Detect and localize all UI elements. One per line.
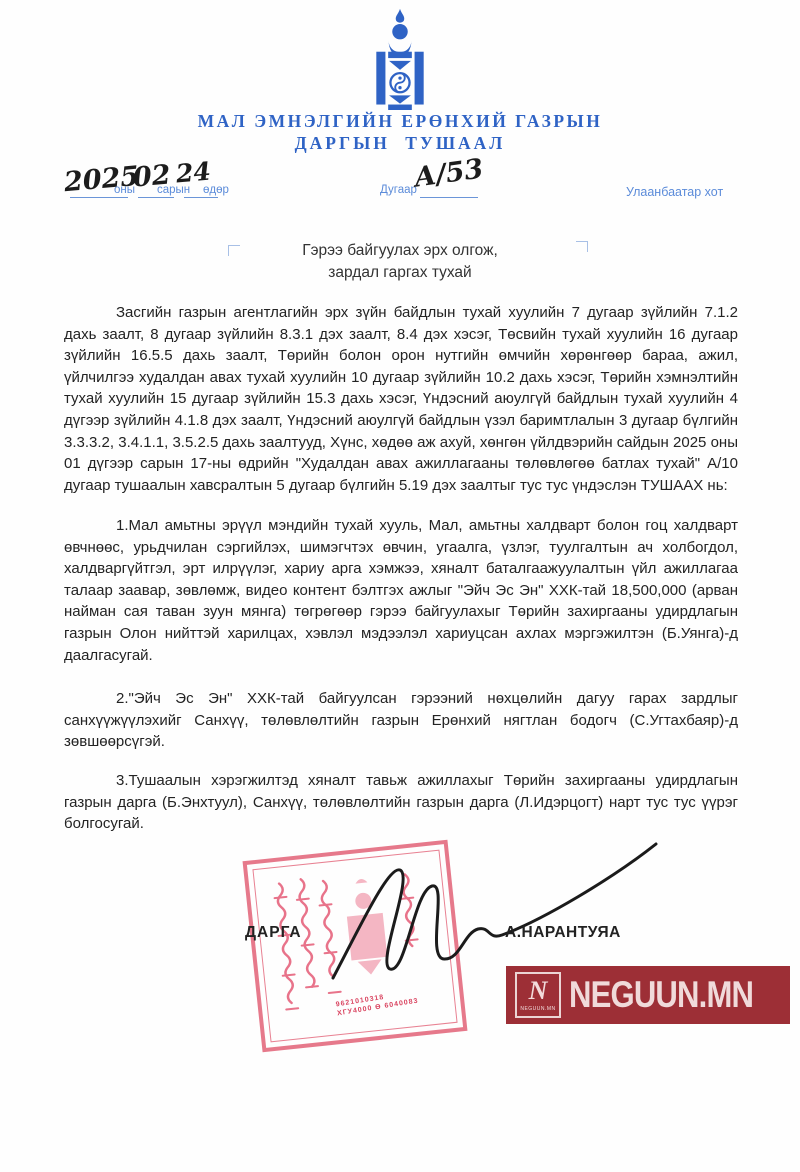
order-item-2: 2."Эйч Эс Эн" ХХК-тай байгуулсан гэрээни…: [64, 688, 738, 753]
day-label: өдөр: [203, 184, 229, 196]
year-blank-line: [70, 197, 128, 198]
number-label: Дугаар: [380, 184, 417, 196]
soyombo-emblem-icon: [366, 8, 434, 110]
neguun-watermark-logo: N NEGUUN.MN NEGUUN.MN: [506, 966, 790, 1024]
order-item-1: 1.Мал амьтны эрүүл мэндийн тухай хууль, …: [64, 515, 738, 666]
handwritten-number: А/53: [412, 153, 485, 193]
day-blank-line: [184, 197, 218, 198]
doc-type-title: ДАРГЫН ТУШААЛ: [0, 133, 800, 154]
signer-role-label: ДАРГА: [245, 924, 302, 942]
year-label: оны: [114, 184, 135, 196]
preamble-paragraph: Засгийн газрын агентлагийн эрх зүйн байд…: [64, 302, 738, 496]
neguun-logo-icon: N NEGUUN.MN: [515, 972, 561, 1018]
neguun-n-glyph: N: [529, 978, 548, 1004]
neguun-icon-caption: NEGUUN.MN: [520, 1006, 555, 1012]
order-item-3: 3.Тушаалын хэрэгжилтэд хяналт тавьж ажил…: [64, 770, 738, 835]
subject-line1: Гэрээ байгуулах эрх олгож,: [0, 240, 800, 262]
signer-name-label: А.НАРАНТУЯА: [505, 924, 621, 942]
month-blank-line: [138, 197, 174, 198]
neguun-brand-text: NEGUUN.MN: [569, 974, 753, 1016]
city-label: Улаанбаатар хот: [626, 185, 723, 199]
number-blank-line: [420, 197, 478, 198]
org-title: МАЛ ЭМНЭЛГИЙН ЕРӨНХИЙ ГАЗРЫН: [0, 111, 800, 132]
subject-title: Гэрээ байгуулах эрх олгож, зардал гаргах…: [0, 240, 800, 284]
subject-line2: зардал гаргах тухай: [0, 262, 800, 284]
